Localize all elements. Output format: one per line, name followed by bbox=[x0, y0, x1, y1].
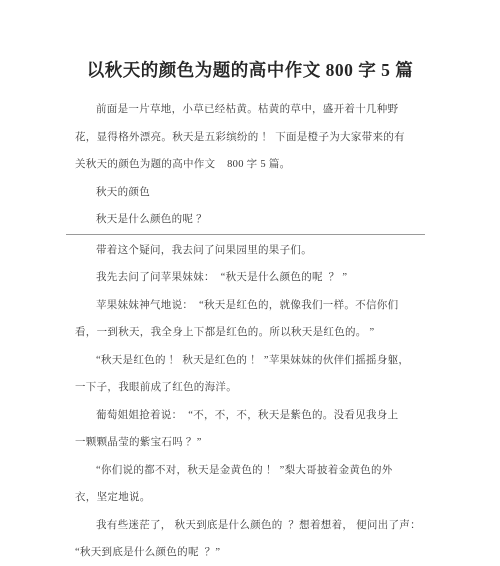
document-body: 前面是一片草地，小草已经枯黄。枯黄的草中，盛开着十几种野花，显得格外漂亮。秋天是… bbox=[0, 96, 500, 566]
text-line: 一颗颗晶莹的紫宝石吗 ？” bbox=[0, 429, 500, 457]
text-line: 一下子，我眼前成了红色的海洋。 bbox=[0, 374, 500, 402]
text-line: 关秋天的颜色为题的高中作文 800 字 5 篇。 bbox=[0, 151, 500, 179]
text-line: 秋天是什么颜色的呢 ？ bbox=[0, 206, 500, 234]
text-line: “秋天到底是什么颜色的呢 ？” bbox=[0, 539, 500, 566]
text-line: 葡萄姐姐抢着说： “不，不，不，秋天是紫色的。没看见我身上 bbox=[0, 402, 500, 430]
document-page: 以秋天的颜色为题的高中作文 800 字 5 篇 前面是一片草地，小草已经枯黄。枯… bbox=[0, 0, 500, 566]
text-line: “你们说的都不对，秋天是金黄色的 ！ ”梨大哥披着金黄色的外 bbox=[0, 457, 500, 485]
text-line: 我先去问了问苹果妹妹： “秋天是什么颜色的呢 ？ ” bbox=[0, 264, 500, 292]
text-line: 花，显得格外漂亮。秋天是五彩缤纷的 ！ 下面是橙子为大家带来的有 bbox=[0, 124, 500, 152]
text-line: 带着这个疑问，我去问了问果园里的果子们。 bbox=[0, 237, 500, 265]
text-line: 看，一到秋天，我全身上下都是红色的。所以秋天是红色的。 ” bbox=[0, 319, 500, 347]
text-line: 前面是一片草地，小草已经枯黄。枯黄的草中，盛开着十几种野 bbox=[0, 96, 500, 124]
text-line: 我有些迷茫了， 秋天到底是什么颜色的 ？想着想着， 便问出了声： bbox=[0, 512, 500, 540]
text-line: “秋天是红色的 ！ 秋天是红色的 ！ ”苹果妹妹的伙伴们摇摇身躯， bbox=[0, 347, 500, 375]
text-line: 苹果妹妹神气地说： “秋天是红色的，就像我们一样。不信你们 bbox=[0, 292, 500, 320]
text-line: 衣，坚定地说。 bbox=[0, 484, 500, 512]
document-title: 以秋天的颜色为题的高中作文 800 字 5 篇 bbox=[0, 0, 500, 82]
text-line: 秋天的颜色 bbox=[0, 179, 500, 207]
